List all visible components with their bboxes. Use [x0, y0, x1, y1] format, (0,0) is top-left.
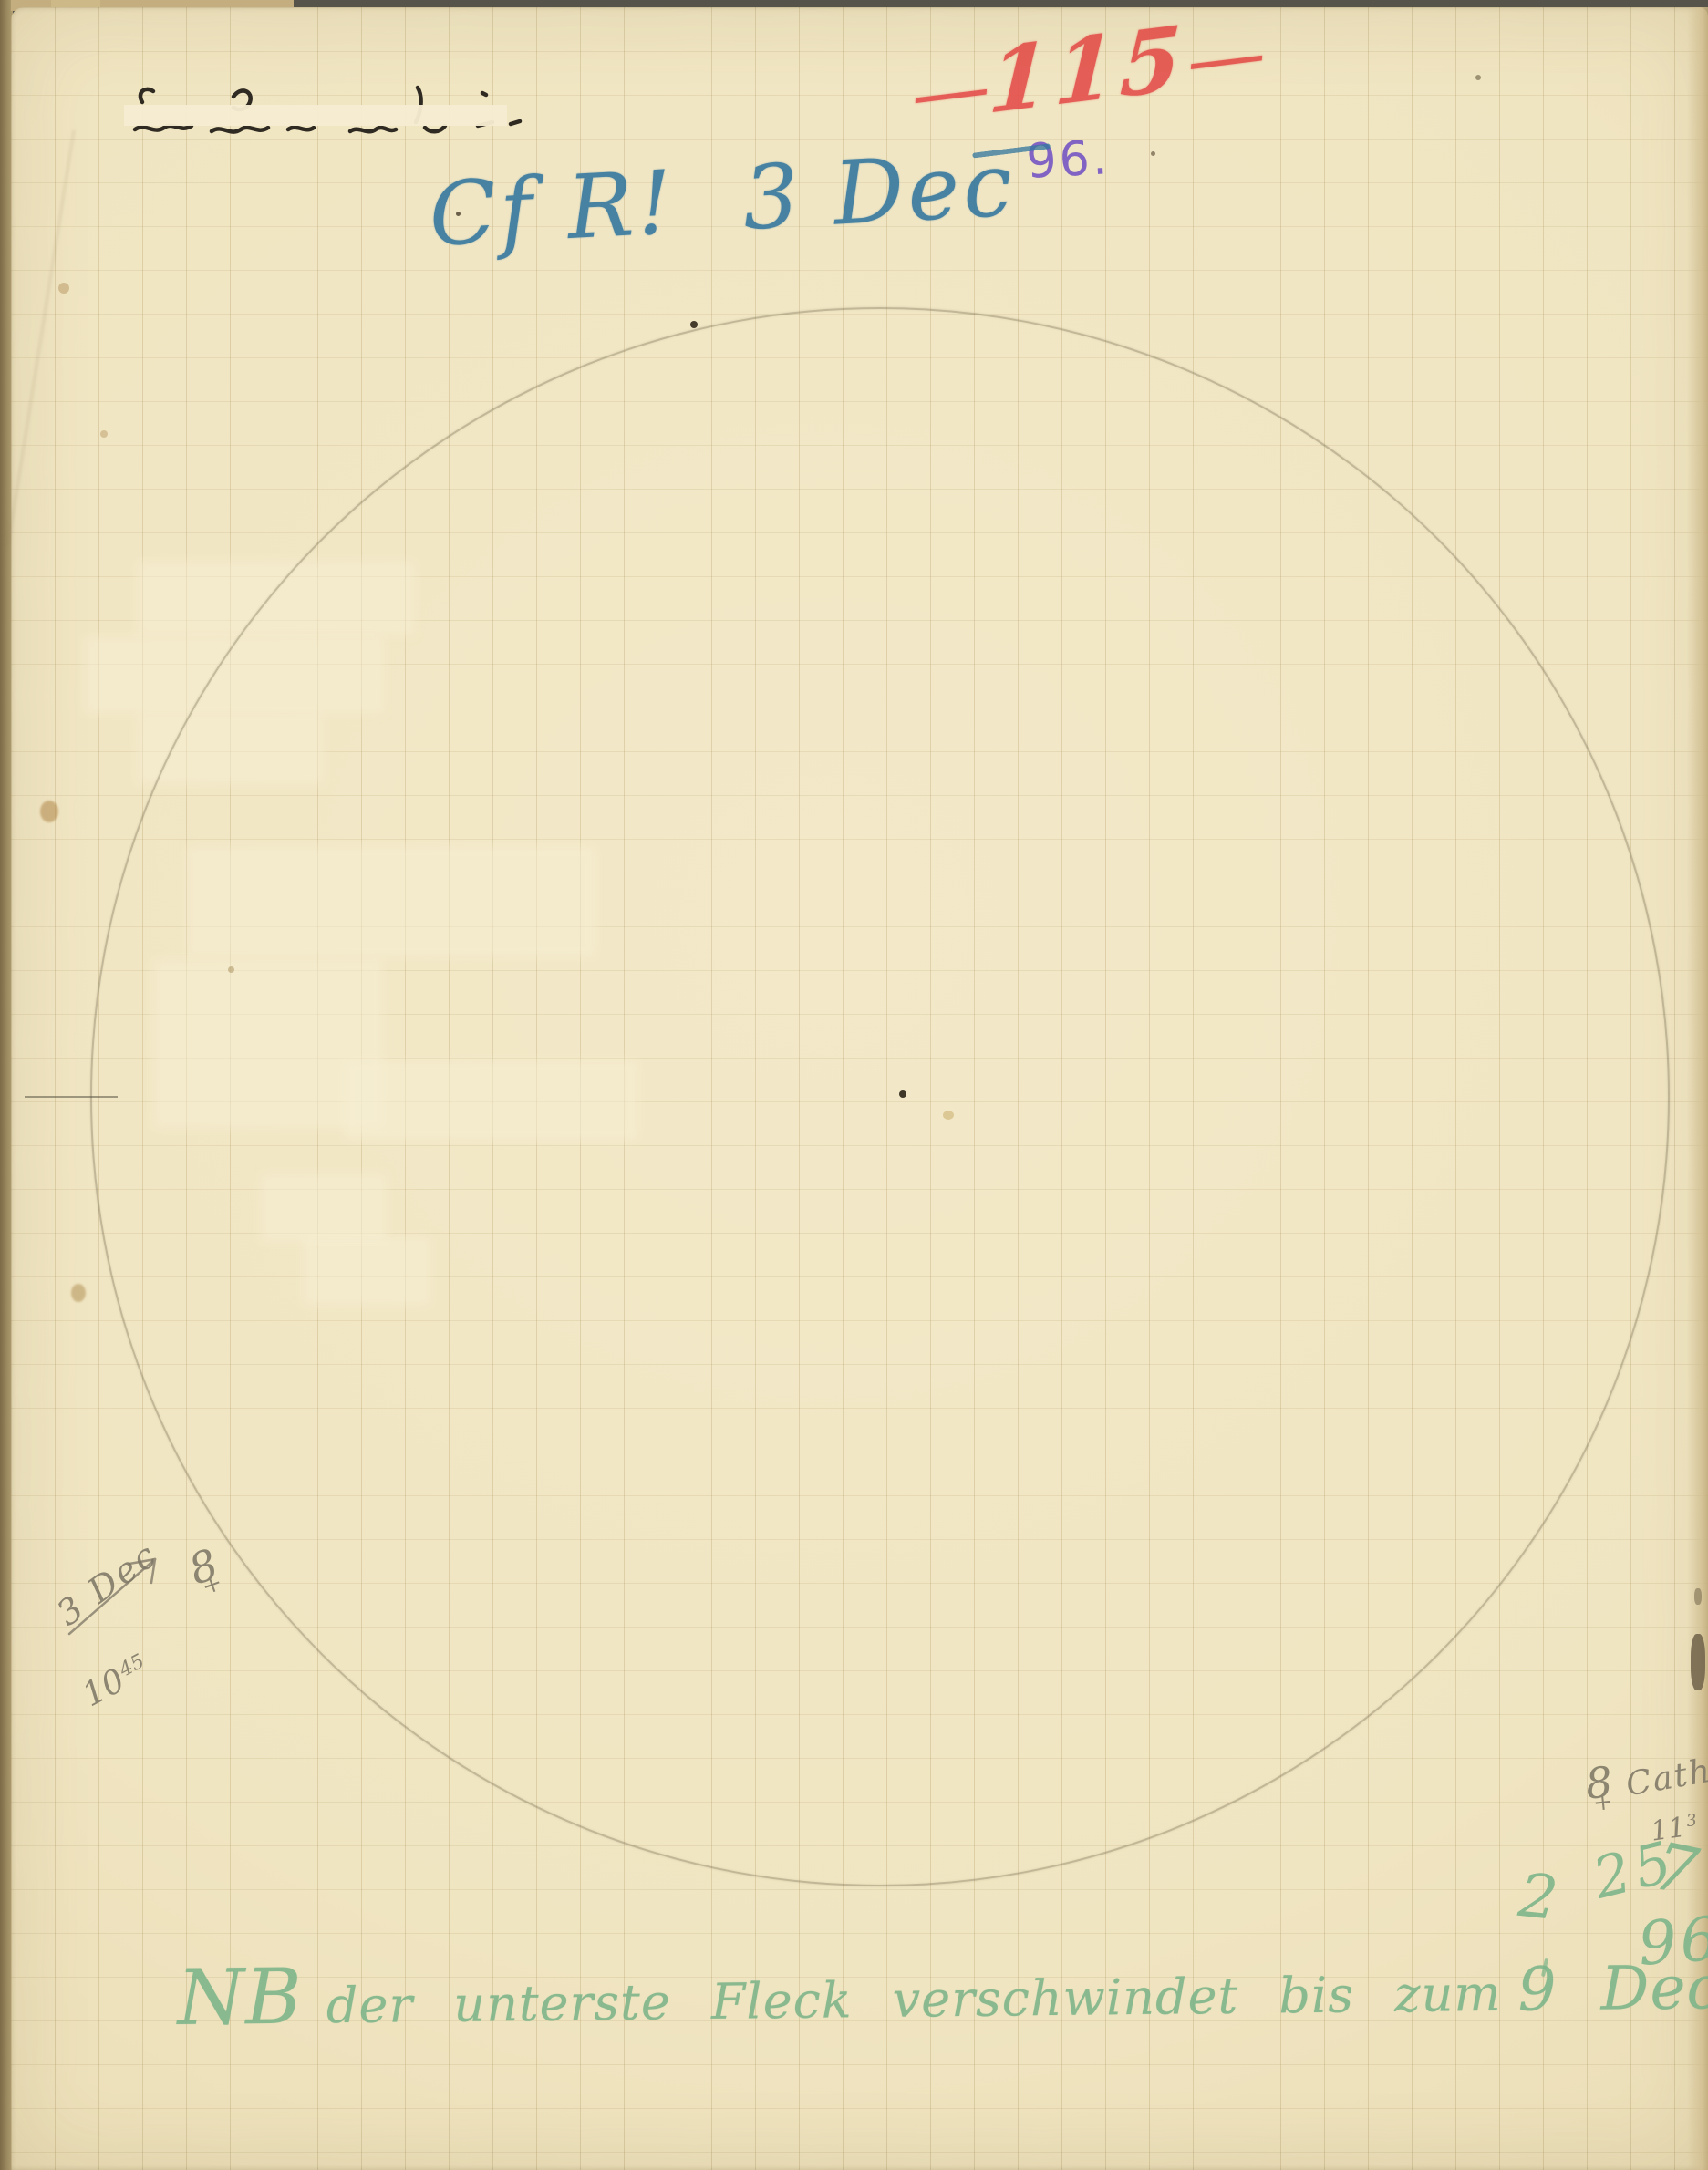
- foxing-stain: [71, 1284, 86, 1302]
- green-remark-nb: NB: [177, 1952, 303, 2042]
- redaction-cover-strip: [124, 105, 507, 126]
- registration-line: [25, 1096, 118, 1098]
- document-scan: —115— 96. Cf R!3 Dec 3 Dec 8 + 1045 8 + …: [0, 0, 1708, 2170]
- number-superscript: 3: [1685, 1811, 1698, 1831]
- foxing-stain: [228, 966, 234, 973]
- green-remark-date: 9 Dec.: [1517, 1952, 1708, 2025]
- ink-speck: [1475, 75, 1481, 80]
- foxing-stain: [58, 283, 69, 294]
- blue-note-prefix: Cf R!: [427, 151, 678, 266]
- green-remark: NBder unterste Fleck verschwindet bis zu…: [177, 1937, 1708, 2042]
- foxing-stain: [40, 801, 58, 822]
- paper-spot: [943, 1111, 954, 1120]
- green-number-2: 2: [1516, 1860, 1561, 1934]
- solar-disc-outline: [90, 307, 1670, 1886]
- ink-speck: [1151, 151, 1155, 156]
- ink-speck: [690, 321, 698, 328]
- sheet-number-violet: 96.: [1025, 130, 1112, 190]
- monogram-cross: +: [1592, 1788, 1615, 1817]
- red-dash-left: —: [906, 40, 995, 140]
- edge-blotch: [1691, 1634, 1705, 1690]
- green-remark-body: der unterste Fleck verschwindet bis zum: [326, 1965, 1502, 2034]
- observer-monogram: 8 +: [1583, 1757, 1615, 1809]
- red-dash-right: —: [1181, 6, 1270, 107]
- edge-blotch: [1694, 1588, 1702, 1605]
- erased-ink-remnants: [124, 84, 525, 142]
- foxing-stain: [100, 430, 108, 438]
- ink-speck: [899, 1090, 906, 1098]
- blue-note-date: 3 Dec: [740, 133, 1019, 250]
